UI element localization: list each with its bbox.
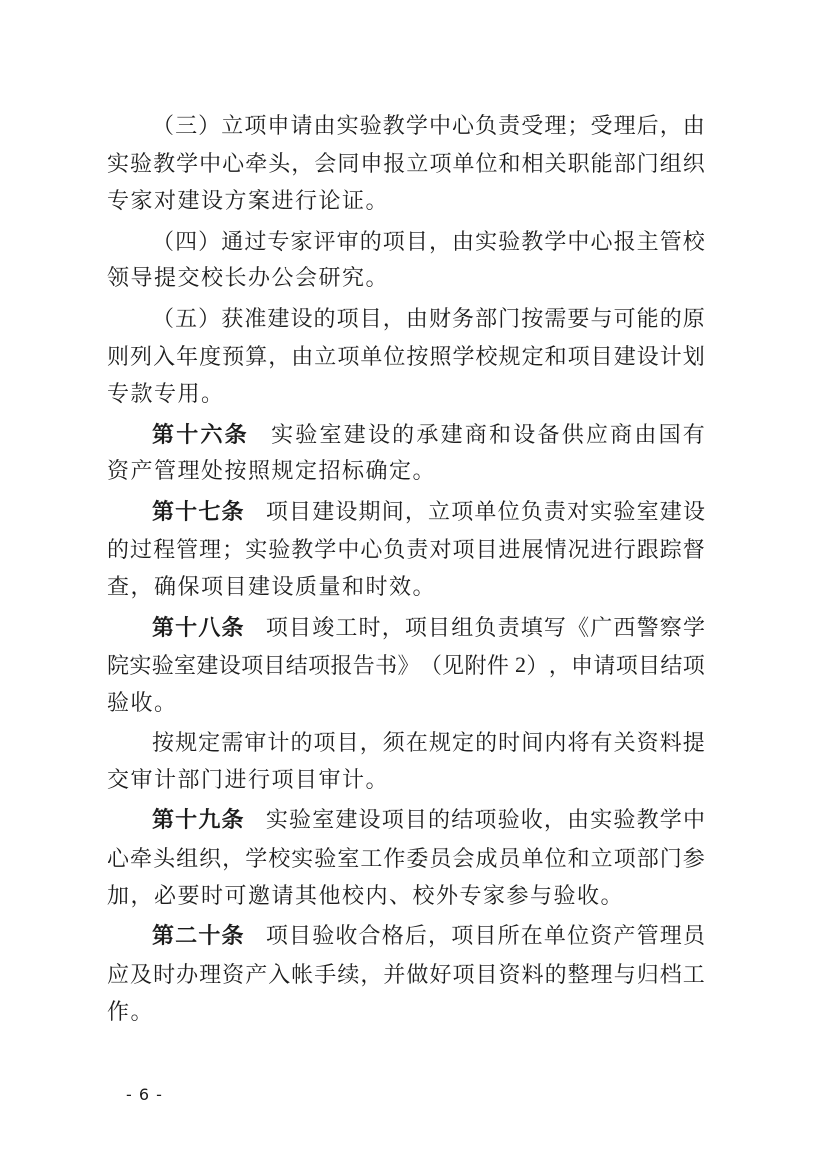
- paragraph: 第二十条项目验收合格后，项目所在单位资产管理员应及时办理资产入帐手续，并做好项目…: [107, 915, 705, 1031]
- article-line: 第十七条项目建设期间，立项单位负责对实验室建设: [107, 491, 705, 530]
- text-line: 则列入年度预算，由立项单位按照学校规定和项目建设计划: [107, 337, 705, 376]
- text-line: 交审计部门进行项目审计。: [107, 761, 705, 800]
- text-line: 专家对建设方案进行论证。: [107, 182, 705, 221]
- text-line: （三）立项申请由实验教学中心负责受理；受理后，由: [107, 105, 705, 144]
- paragraph: （五）获准建设的项目，由财务部门按需要与可能的原则列入年度预算，由立项单位按照学…: [107, 298, 705, 414]
- text-line: （五）获准建设的项目，由财务部门按需要与可能的原: [107, 298, 705, 337]
- article-line: 第十六条实验室建设的承建商和设备供应商由国有: [107, 414, 705, 453]
- text-line: 按规定需审计的项目，须在规定的时间内将有关资料提: [107, 723, 705, 762]
- paragraph: （三）立项申请由实验教学中心负责受理；受理后，由实验教学中心牵头，会同申报立项单…: [107, 105, 705, 221]
- text-line: 专款专用。: [107, 375, 705, 414]
- article-line: 第十九条实验室建设项目的结项验收，由实验教学中: [107, 800, 705, 839]
- text-line: （四）通过专家评审的项目，由实验教学中心报主管校: [107, 221, 705, 260]
- text-line: 的过程管理；实验教学中心负责对项目进展情况进行跟踪督: [107, 530, 705, 569]
- text-line: 查，确保项目建设质量和时效。: [107, 568, 705, 607]
- paragraph: （四）通过专家评审的项目，由实验教学中心报主管校领导提交校长办公会研究。: [107, 221, 705, 298]
- text-line: 加，必要时可邀请其他校内、校外专家参与验收。: [107, 877, 705, 916]
- text-line: 院实验室建设项目结项报告书》（见附件 2），申请项目结项: [107, 645, 705, 684]
- paragraph: 第十六条实验室建设的承建商和设备供应商由国有资产管理处按照规定招标确定。: [107, 414, 705, 491]
- text-line: 应及时办理资产入帐手续，并做好项目资料的整理与归档工: [107, 954, 705, 993]
- paragraph: 第十七条项目建设期间，立项单位负责对实验室建设的过程管理；实验教学中心负责对项目…: [107, 491, 705, 607]
- paragraph: 第十九条实验室建设项目的结项验收，由实验教学中心牵头组织，学校实验室工作委员会成…: [107, 800, 705, 916]
- text-line: 验收。: [107, 684, 705, 723]
- paragraph: 按规定需审计的项目，须在规定的时间内将有关资料提交审计部门进行项目审计。: [107, 723, 705, 800]
- document-page: （三）立项申请由实验教学中心负责受理；受理后，由实验教学中心牵头，会同申报立项单…: [0, 0, 826, 1169]
- text-line: 心牵头组织，学校实验室工作委员会成员单位和立项部门参: [107, 838, 705, 877]
- text-line: 领导提交校长办公会研究。: [107, 259, 705, 298]
- document-body: （三）立项申请由实验教学中心负责受理；受理后，由实验教学中心牵头，会同申报立项单…: [107, 105, 705, 1031]
- text-line: 实验教学中心牵头，会同申报立项单位和相关职能部门组织: [107, 144, 705, 183]
- article-line: 第十八条项目竣工时，项目组负责填写《广西警察学: [107, 607, 705, 646]
- text-line: 作。: [107, 993, 705, 1032]
- text-line: 资产管理处按照规定招标确定。: [107, 452, 705, 491]
- page-number: - 6 -: [126, 1085, 163, 1104]
- paragraph: 第十八条项目竣工时，项目组负责填写《广西警察学院实验室建设项目结项报告书》（见附…: [107, 607, 705, 723]
- article-line: 第二十条项目验收合格后，项目所在单位资产管理员: [107, 915, 705, 954]
